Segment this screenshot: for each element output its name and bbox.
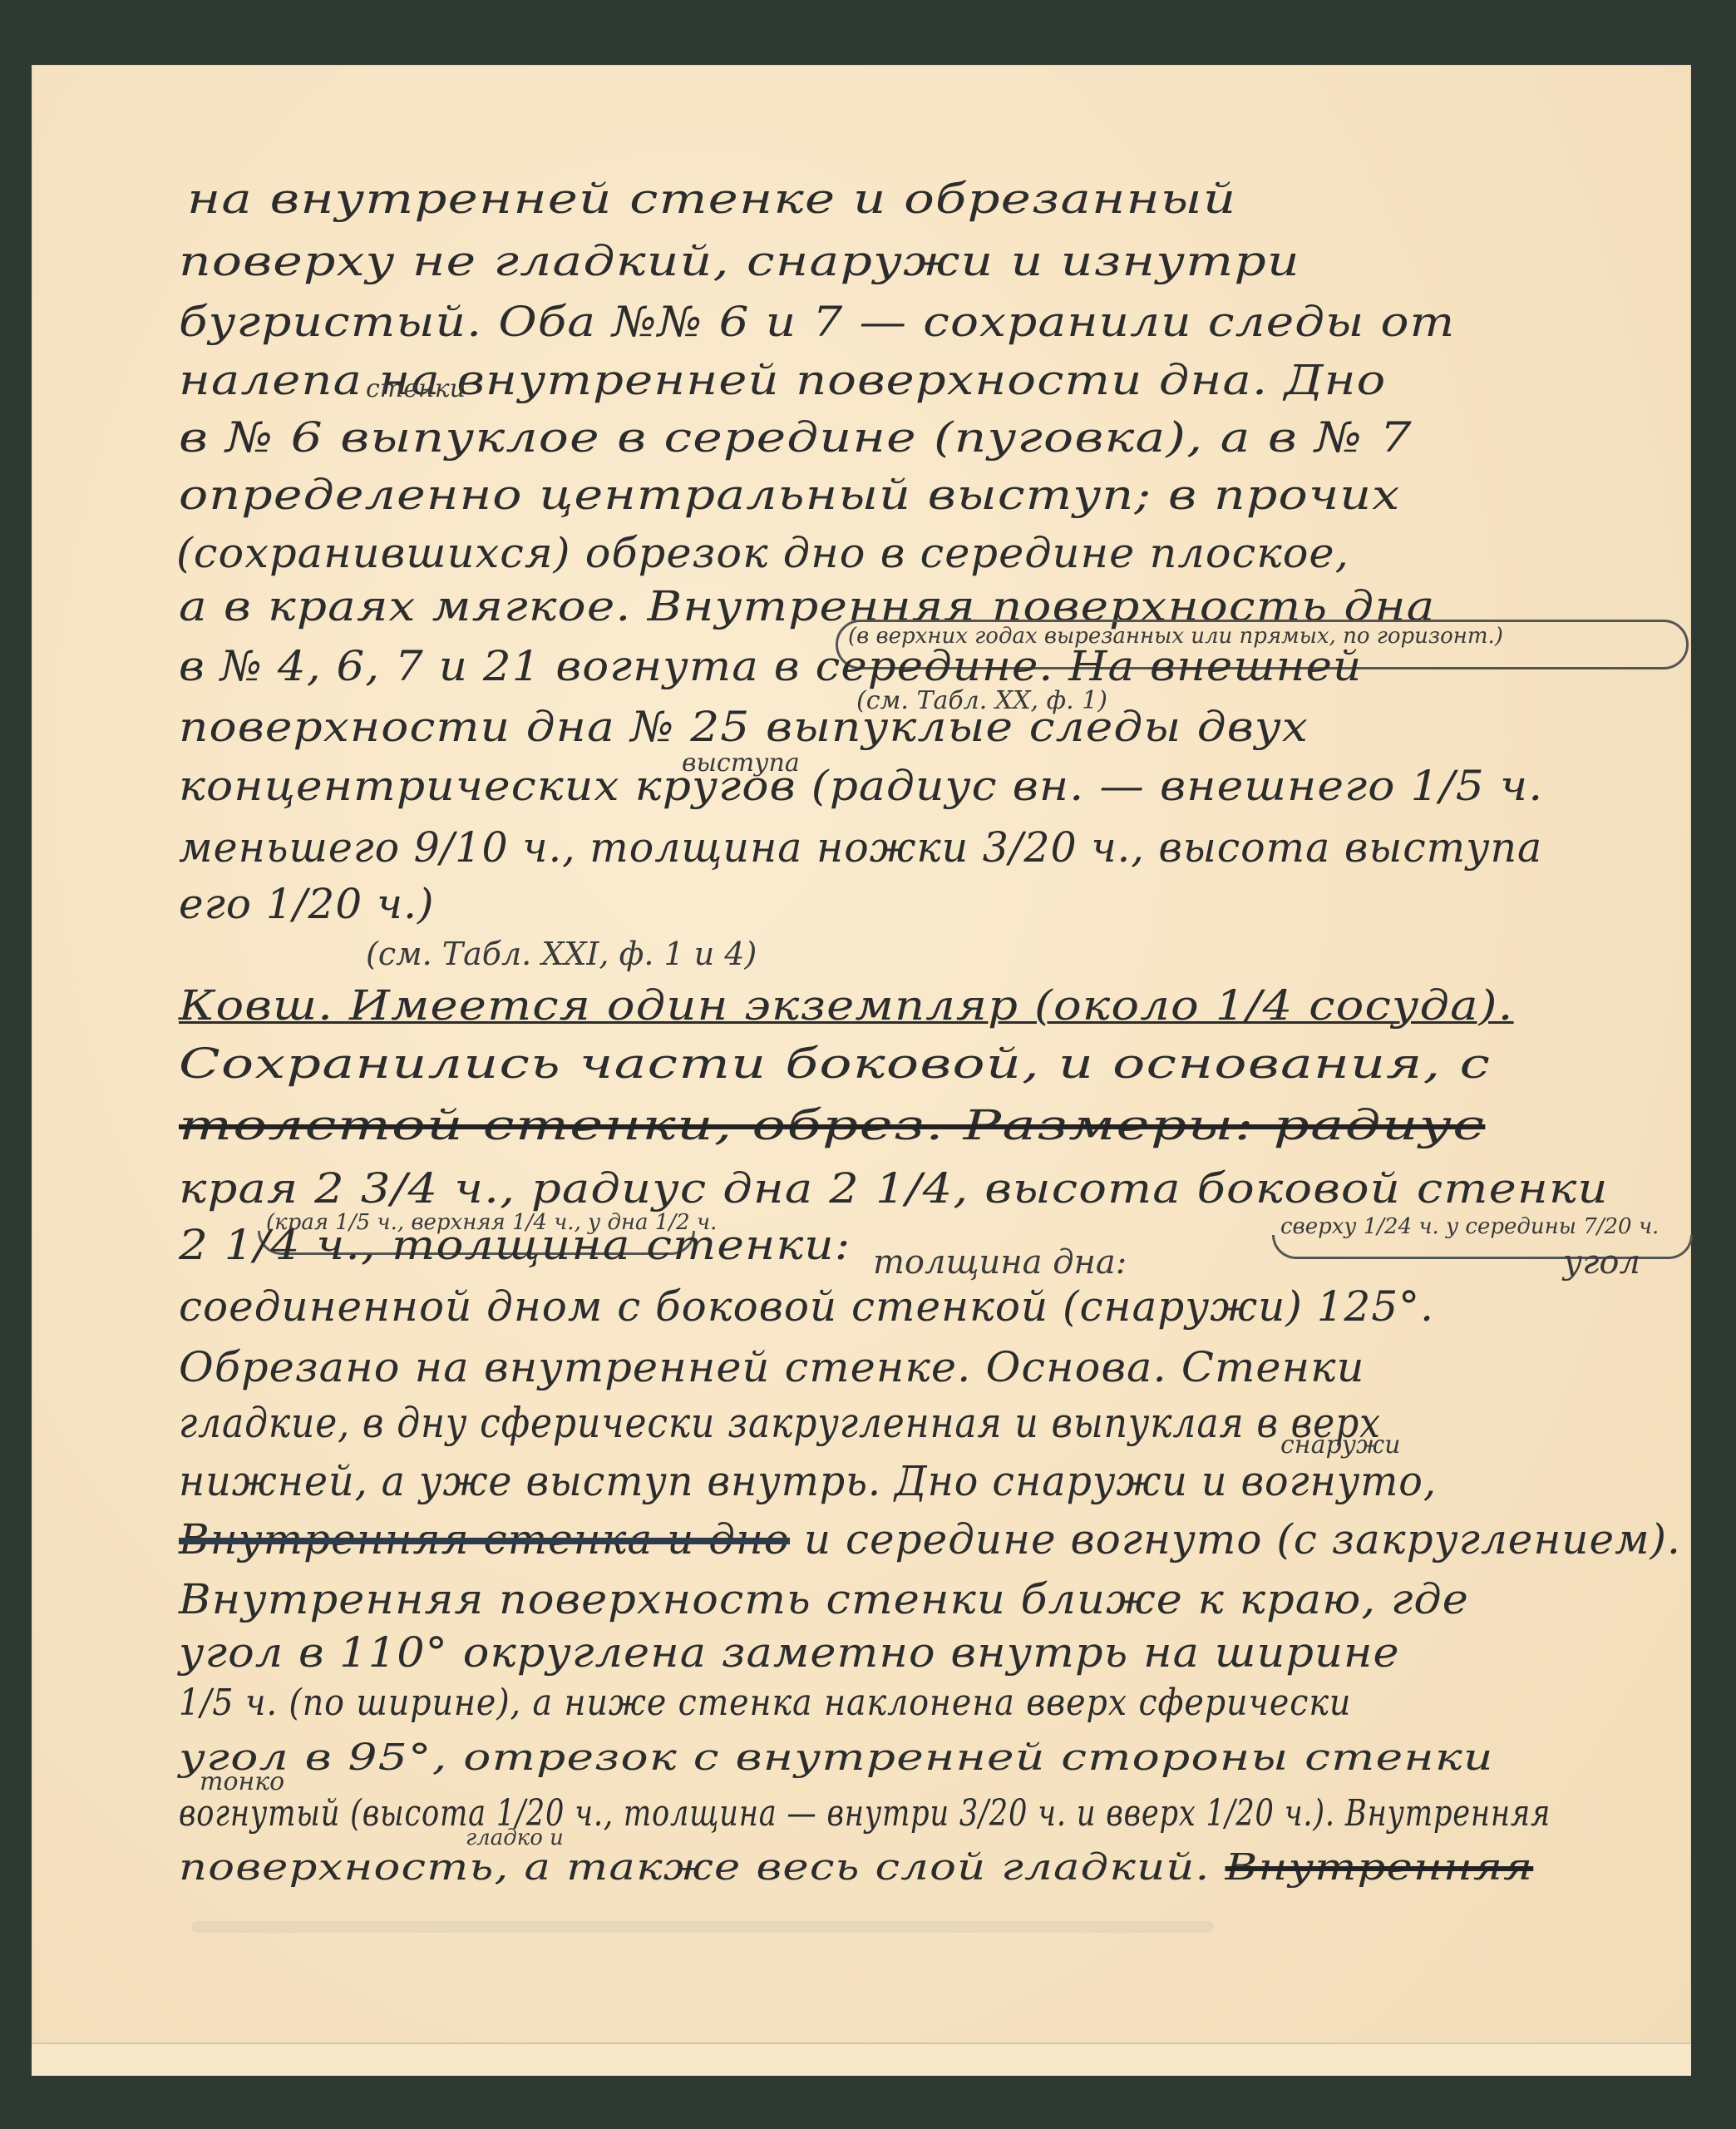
reference-table-xxi: (см. Табл. XXI, ф. 1 и 4) <box>366 936 757 972</box>
text-line-11: концентрических кругов (радиус вн. — вне… <box>179 762 1543 810</box>
text-line-9: в № 4, 6, 7 и 21 вогнута в середине. На … <box>179 642 1362 690</box>
text-line-16: толстой стенки, обрез. Размеры: радиус <box>179 1101 1485 1149</box>
struck-fragment: Внутренняя стенка и дно <box>179 1515 790 1563</box>
text-line-25: угол в 110° округлена заметно внутрь на … <box>179 1628 1400 1677</box>
text-line-17: края 2 3/4 ч., радиус дна 2 1/4, высота … <box>179 1164 1609 1213</box>
text-line-23-rest: и середине вогнуто (с закруглением). <box>804 1515 1681 1563</box>
text-line-26: 1/5 ч. (по ширине), а ниже стенка наклон… <box>179 1682 1351 1724</box>
bleed-through-mark <box>191 1921 1214 1933</box>
text-line-2: поверху не гладкий, снаружи и изнутри <box>179 237 1300 285</box>
text-line-29: поверхность, а также весь слой гладкий. … <box>179 1846 1533 1889</box>
annotation-tolshchina-dna: толщина дна: <box>873 1243 1127 1282</box>
text-line-4: налепа на внутренней поверхности дна. Дн… <box>179 356 1386 404</box>
text-line-3: бугристый. Оба №№ 6 и 7 — сохранили след… <box>179 298 1455 346</box>
text-line-19: соединенной дном с боковой стенкой (снар… <box>179 1282 1434 1331</box>
text-line-12: меньшего 9/10 ч., толщина ножки 3/20 ч.,… <box>179 823 1542 872</box>
text-line-10: поверхности дна № 25 выпуклые следы двух <box>179 703 1309 751</box>
text-line-18: 2 1/4 ч., толщина стенки: <box>179 1221 851 1269</box>
text-line-1: на внутренней стенке и обрезанный <box>187 175 1236 223</box>
text-line-27: угол в 95°, отрезок с внутренней стороны… <box>179 1736 1494 1779</box>
section-heading-kovsh: Ковш. Имеется один экземпляр (около 1/4 … <box>179 981 1514 1030</box>
annotation-stenki: стенки <box>366 374 466 403</box>
text-line-28: вогнутый (высота 1/20 ч., толщина — внут… <box>179 1792 1551 1835</box>
struck-fragment: Внутренняя <box>1225 1846 1533 1889</box>
text-line-15: Сохранились части боковой, и основания, … <box>179 1040 1491 1088</box>
page-bottom-fold <box>32 2043 1691 2076</box>
text-line-13: его 1/20 ч.) <box>179 880 435 928</box>
text-line-21: гладкие, в дну сферически закругленная и… <box>179 1399 1381 1447</box>
text-line-22: нижней, а уже выступ внутрь. Дно снаружи… <box>179 1457 1437 1505</box>
annotation-ugol: угол <box>1563 1243 1640 1282</box>
text-line-6: определенно центральный выступ; в прочих <box>179 471 1400 519</box>
struck-fragment: толстой стенки, обрез. Размеры: радиус <box>179 1101 1485 1149</box>
text-line-7: (сохранившихся) обрезок дно в середине п… <box>176 529 1349 577</box>
text-line-20: Обрезано на внутренней стенке. Основа. С… <box>179 1343 1364 1391</box>
annotation-snaruzhi: снаружи <box>1280 1430 1400 1460</box>
text-line-29-text: поверхность, а также весь слой гладкий. <box>179 1846 1210 1889</box>
text-line-5: в № 6 выпуклое в середине (пуговка), а в… <box>179 413 1413 462</box>
text-line-14: Ковш. Имеется один экземпляр (около 1/4 … <box>179 981 1514 1030</box>
text-line-24: Внутренняя поверхность стенки ближе к кр… <box>179 1575 1469 1623</box>
text-line-23: Внутренняя стенка и дно и середине вогну… <box>179 1515 1681 1563</box>
